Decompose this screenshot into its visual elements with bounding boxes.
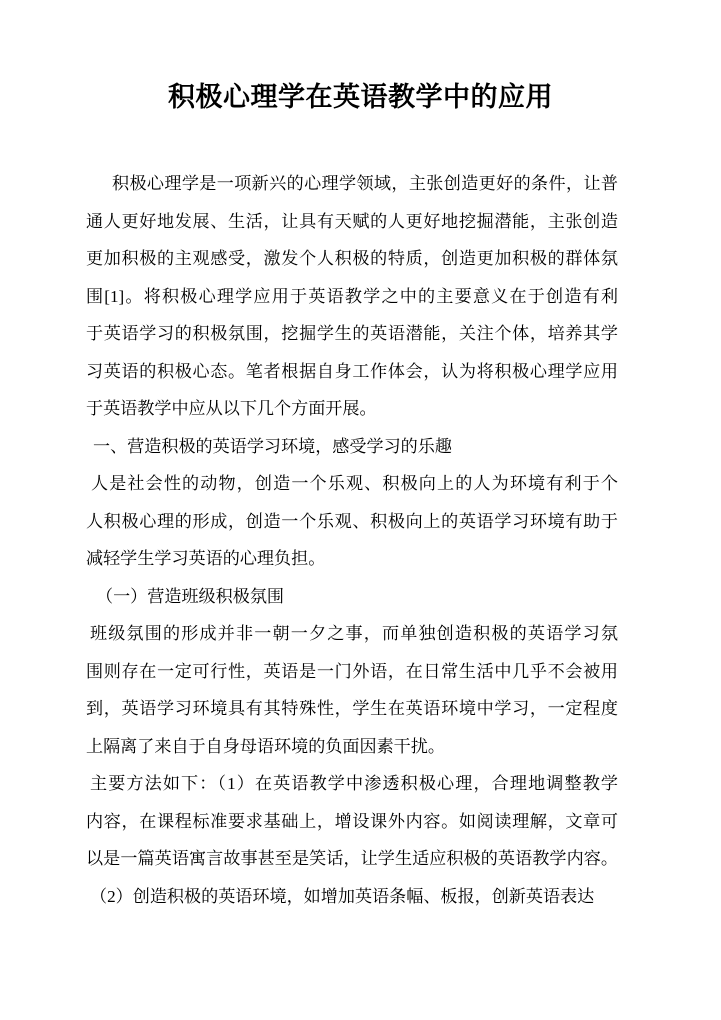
text-line: 主要方法如下：（1）在英语教学中渗透积极心理，合理地调整教学	[86, 765, 618, 803]
text-line: 更加积极的主观感受，激发个人积极的特质，创造更加积极的群体氛	[86, 240, 618, 278]
text-line: 习英语的积极心态。笔者根据自身工作体会，认为将积极心理学应用	[86, 353, 618, 391]
text-line: 围则存在一定可行性，英语是一门外语，在日常生活中几乎不会被用	[86, 653, 618, 691]
text-line: 于英语学习的积极氛围，挖掘学生的英语潜能，关注个体，培养其学	[86, 315, 618, 353]
paragraph-class-atmosphere: 班级氛围的形成并非一朝一夕之事，而单独创造积极的英语学习氛围则存在一定可行性，英…	[86, 615, 618, 765]
paragraph-environment: 人是社会性的动物，创造一个乐观、积极向上的人为环境有利于个人积极心理的形成，创造…	[86, 465, 618, 578]
document-title: 积极心理学在英语教学中的应用	[0, 0, 721, 117]
text-line: 人是社会性的动物，创造一个乐观、积极向上的人为环境有利于个	[86, 465, 618, 503]
text-line: 到，英语学习环境具有其特殊性，学生在英语环境中学习，一定程度	[86, 690, 618, 728]
text-line: 通人更好地发展、生活，让具有天赋的人更好地挖掘潜能，主张创造	[86, 203, 618, 241]
text-line: 减轻学生学习英语的心理负担。	[86, 540, 618, 578]
text-line: 于英语教学中应从以下几个方面开展。	[86, 390, 618, 428]
paragraph-method-2: （2）创造积极的英语环境，如增加英语条幅、板报，创新英语表达	[86, 878, 618, 916]
text-line: 内容，在课程标准要求基础上，增设课外内容。如阅读理解，文章可	[86, 803, 618, 841]
text-line: （2）创造积极的英语环境，如增加英语条幅、板报，创新英语表达	[86, 878, 618, 916]
text-line: 上隔离了来自于自身母语环境的负面因素干扰。	[86, 728, 618, 766]
document-page: 积极心理学在英语教学中的应用 积极心理学是一项新兴的心理学领域，主张创造更好的条…	[0, 0, 721, 1020]
text-line: （一）营造班级积极氛围	[86, 578, 618, 616]
intro-paragraph: 积极心理学是一项新兴的心理学领域，主张创造更好的条件，让普通人更好地发展、生活，…	[86, 165, 618, 428]
text-line: 积极心理学是一项新兴的心理学领域，主张创造更好的条件，让普	[86, 165, 618, 203]
section-heading-1: 一、营造积极的英语学习环境，感受学习的乐趣	[86, 428, 618, 466]
paragraph-main-methods: 主要方法如下：（1）在英语教学中渗透积极心理，合理地调整教学内容，在课程标准要求…	[86, 765, 618, 878]
text-line: 围[1]。将积极心理学应用于英语教学之中的主要意义在于创造有利	[86, 278, 618, 316]
document-body: 积极心理学是一项新兴的心理学领域，主张创造更好的条件，让普通人更好地发展、生活，…	[86, 165, 618, 915]
text-line: 人积极心理的形成，创造一个乐观、积极向上的英语学习环境有助于	[86, 503, 618, 541]
text-line: 一、营造积极的英语学习环境，感受学习的乐趣	[86, 428, 618, 466]
subsection-heading-1: （一）营造班级积极氛围	[86, 578, 618, 616]
text-line: 班级氛围的形成并非一朝一夕之事，而单独创造积极的英语学习氛	[86, 615, 618, 653]
text-line: 以是一篇英语寓言故事甚至是笑话，让学生适应积极的英语教学内容。	[86, 840, 618, 878]
